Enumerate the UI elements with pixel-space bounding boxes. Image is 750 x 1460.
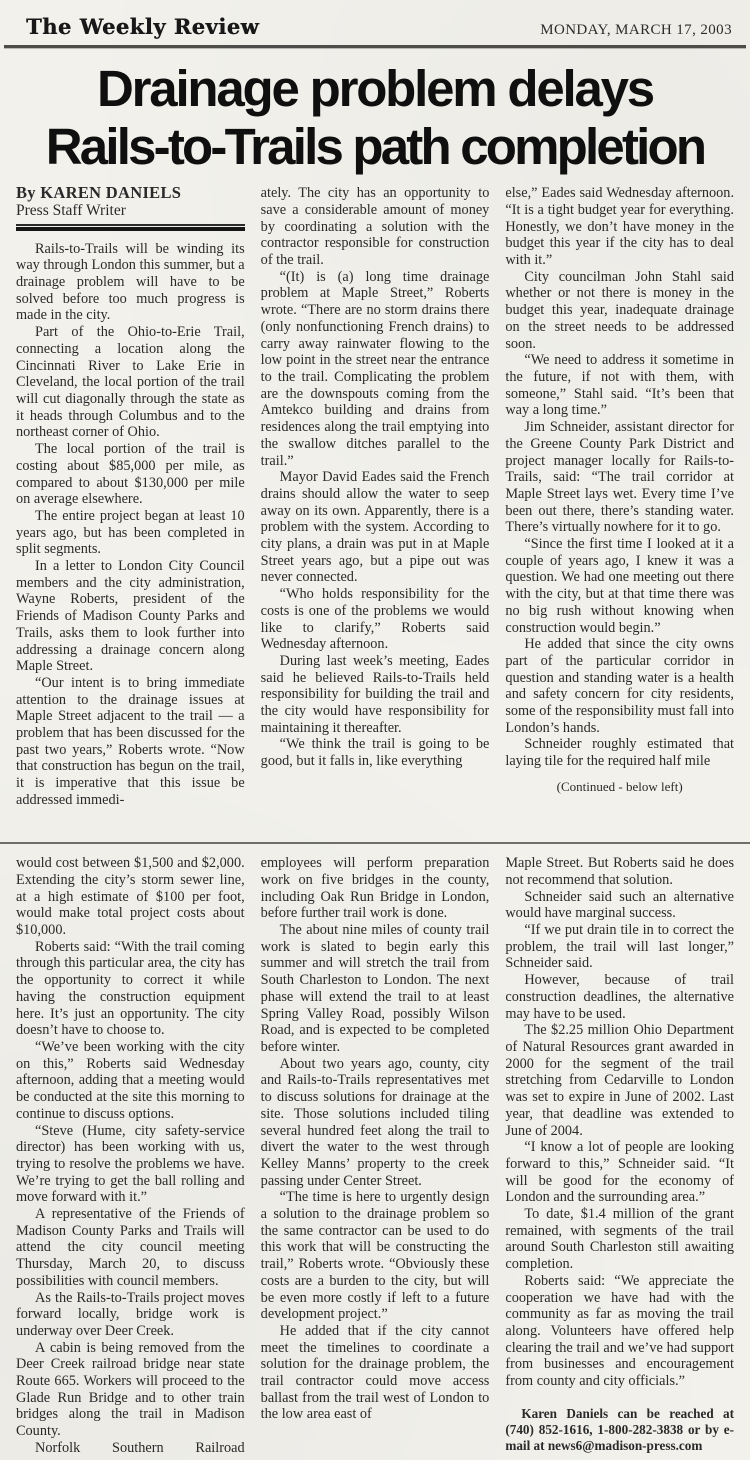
article-paragraph: About two years ago, county, city and Ra… xyxy=(261,1056,490,1190)
article-headline: Drainage problem delays Rails-to-Trails … xyxy=(4,60,746,175)
article-paragraph: Norfolk Southern Railroad xyxy=(16,1440,245,1457)
article-paragraph: A representative of the Friends of Madis… xyxy=(16,1206,245,1290)
article-paragraph: “Since the first time I looked at it a c… xyxy=(505,536,734,636)
article-paragraph: He added that since the city owns part o… xyxy=(505,636,734,736)
article-paragraph: Maple Street. But Roberts said he does n… xyxy=(505,855,734,888)
article-paragraph: The about nine miles of county trail wor… xyxy=(261,922,490,1056)
article-paragraph: would cost between $1,500 and $2,000. Ex… xyxy=(16,855,245,939)
column-top-3: else,” Eades said Wednesday afternoon. “… xyxy=(505,185,734,833)
article-paragraph: The entire project began at least 10 yea… xyxy=(16,508,245,558)
article-paragraph: Roberts said: “With the trail coming thr… xyxy=(16,939,245,1039)
article-paragraph: City councilman John Stahl said whether … xyxy=(505,269,734,353)
byline-role: Press Staff Writer xyxy=(16,203,245,220)
article-paragraph: Schneider roughly estimated that laying … xyxy=(505,736,734,769)
column-bottom-1: would cost between $1,500 and $2,000. Ex… xyxy=(16,855,245,1460)
article-paragraph: “Our intent is to bring immediate attent… xyxy=(16,675,245,809)
article-paragraph: “We’ve been working with the city on thi… xyxy=(16,1039,245,1123)
article-paragraph: “(It) is (a) long time drainage problem … xyxy=(261,269,490,469)
column-bottom-2: employees will perform preparation work … xyxy=(261,855,490,1460)
article-paragraph: Rails-to-Trails will be winding its way … xyxy=(16,241,245,325)
headline-line-1: Drainage problem delays xyxy=(97,60,653,117)
column-bottom-3: Maple Street. But Roberts said he does n… xyxy=(505,855,734,1460)
article-paragraph: “We think the trail is going to be good,… xyxy=(261,736,490,769)
article-paragraph: “The time is here to urgently design a s… xyxy=(261,1189,490,1323)
top-columns: By KAREN DANIELS Press Staff Writer Rail… xyxy=(0,185,750,833)
column-top-1-body: Rails-to-Trails will be winding its way … xyxy=(16,241,245,809)
article-paragraph: Roberts said: “We appreciate the coopera… xyxy=(505,1273,734,1390)
article-paragraph: Mayor David Eades said the French drains… xyxy=(261,469,490,586)
article-paragraph: To date, $1.4 million of the grant remai… xyxy=(505,1206,734,1273)
article-paragraph: “Who holds responsibility for the costs … xyxy=(261,586,490,653)
contact-tagline: Karen Daniels can be reached at (740) 85… xyxy=(505,1406,734,1455)
masthead: The Weekly Review MONDAY, MARCH 17, 2003 xyxy=(0,0,750,45)
article-paragraph: The local portion of the trail is costin… xyxy=(16,441,245,508)
bottom-columns: would cost between $1,500 and $2,000. Ex… xyxy=(0,855,750,1460)
article-paragraph: else,” Eades said Wednesday afternoon. “… xyxy=(505,185,734,269)
continued-note: (Continued - below left) xyxy=(505,779,734,796)
article-paragraph: Schneider said such an alternative would… xyxy=(505,889,734,922)
article-paragraph: “If we put drain tile in to correct the … xyxy=(505,922,734,972)
article-paragraph: In a letter to London City Council membe… xyxy=(16,558,245,675)
column-top-1: By KAREN DANIELS Press Staff Writer Rail… xyxy=(16,185,245,833)
article-paragraph: “We need to address it sometime in the f… xyxy=(505,352,734,419)
headline-line-2: Rails-to-Trails path completion xyxy=(46,118,704,175)
paper-name: The Weekly Review xyxy=(26,14,259,39)
article-paragraph: As the Rails-to-Trails project moves for… xyxy=(16,1290,245,1340)
article-paragraph: “Steve (Hume, city safety-service direct… xyxy=(16,1123,245,1207)
byline: By KAREN DANIELS Press Staff Writer xyxy=(16,185,245,230)
article-paragraph: He added that if the city cannot meet th… xyxy=(261,1323,490,1423)
article-paragraph: Jim Schneider, assistant director for th… xyxy=(505,419,734,536)
article-paragraph: During last week’s meeting, Eades said h… xyxy=(261,653,490,737)
article-paragraph: ately. The city has an opportunity to sa… xyxy=(261,185,490,269)
article-paragraph: “I know a lot of people are looking forw… xyxy=(505,1139,734,1206)
article-paragraph: The $2.25 million Ohio Department of Nat… xyxy=(505,1022,734,1139)
article-paragraph: Part of the Ohio-to-Erie Trail, connecti… xyxy=(16,324,245,441)
column-top-2: ately. The city has an opportunity to sa… xyxy=(261,185,490,833)
masthead-rule xyxy=(4,45,746,48)
issue-date: MONDAY, MARCH 17, 2003 xyxy=(540,22,732,39)
article-paragraph: However, because of trail construction d… xyxy=(505,972,734,1022)
section-divider-rule xyxy=(0,842,750,844)
article-paragraph: employees will perform preparation work … xyxy=(261,855,490,922)
newspaper-page: The Weekly Review MONDAY, MARCH 17, 2003… xyxy=(0,0,750,1460)
byline-author: By KAREN DANIELS xyxy=(16,185,245,202)
article-paragraph: A cabin is being removed from the Deer C… xyxy=(16,1340,245,1440)
byline-rule xyxy=(16,226,245,231)
